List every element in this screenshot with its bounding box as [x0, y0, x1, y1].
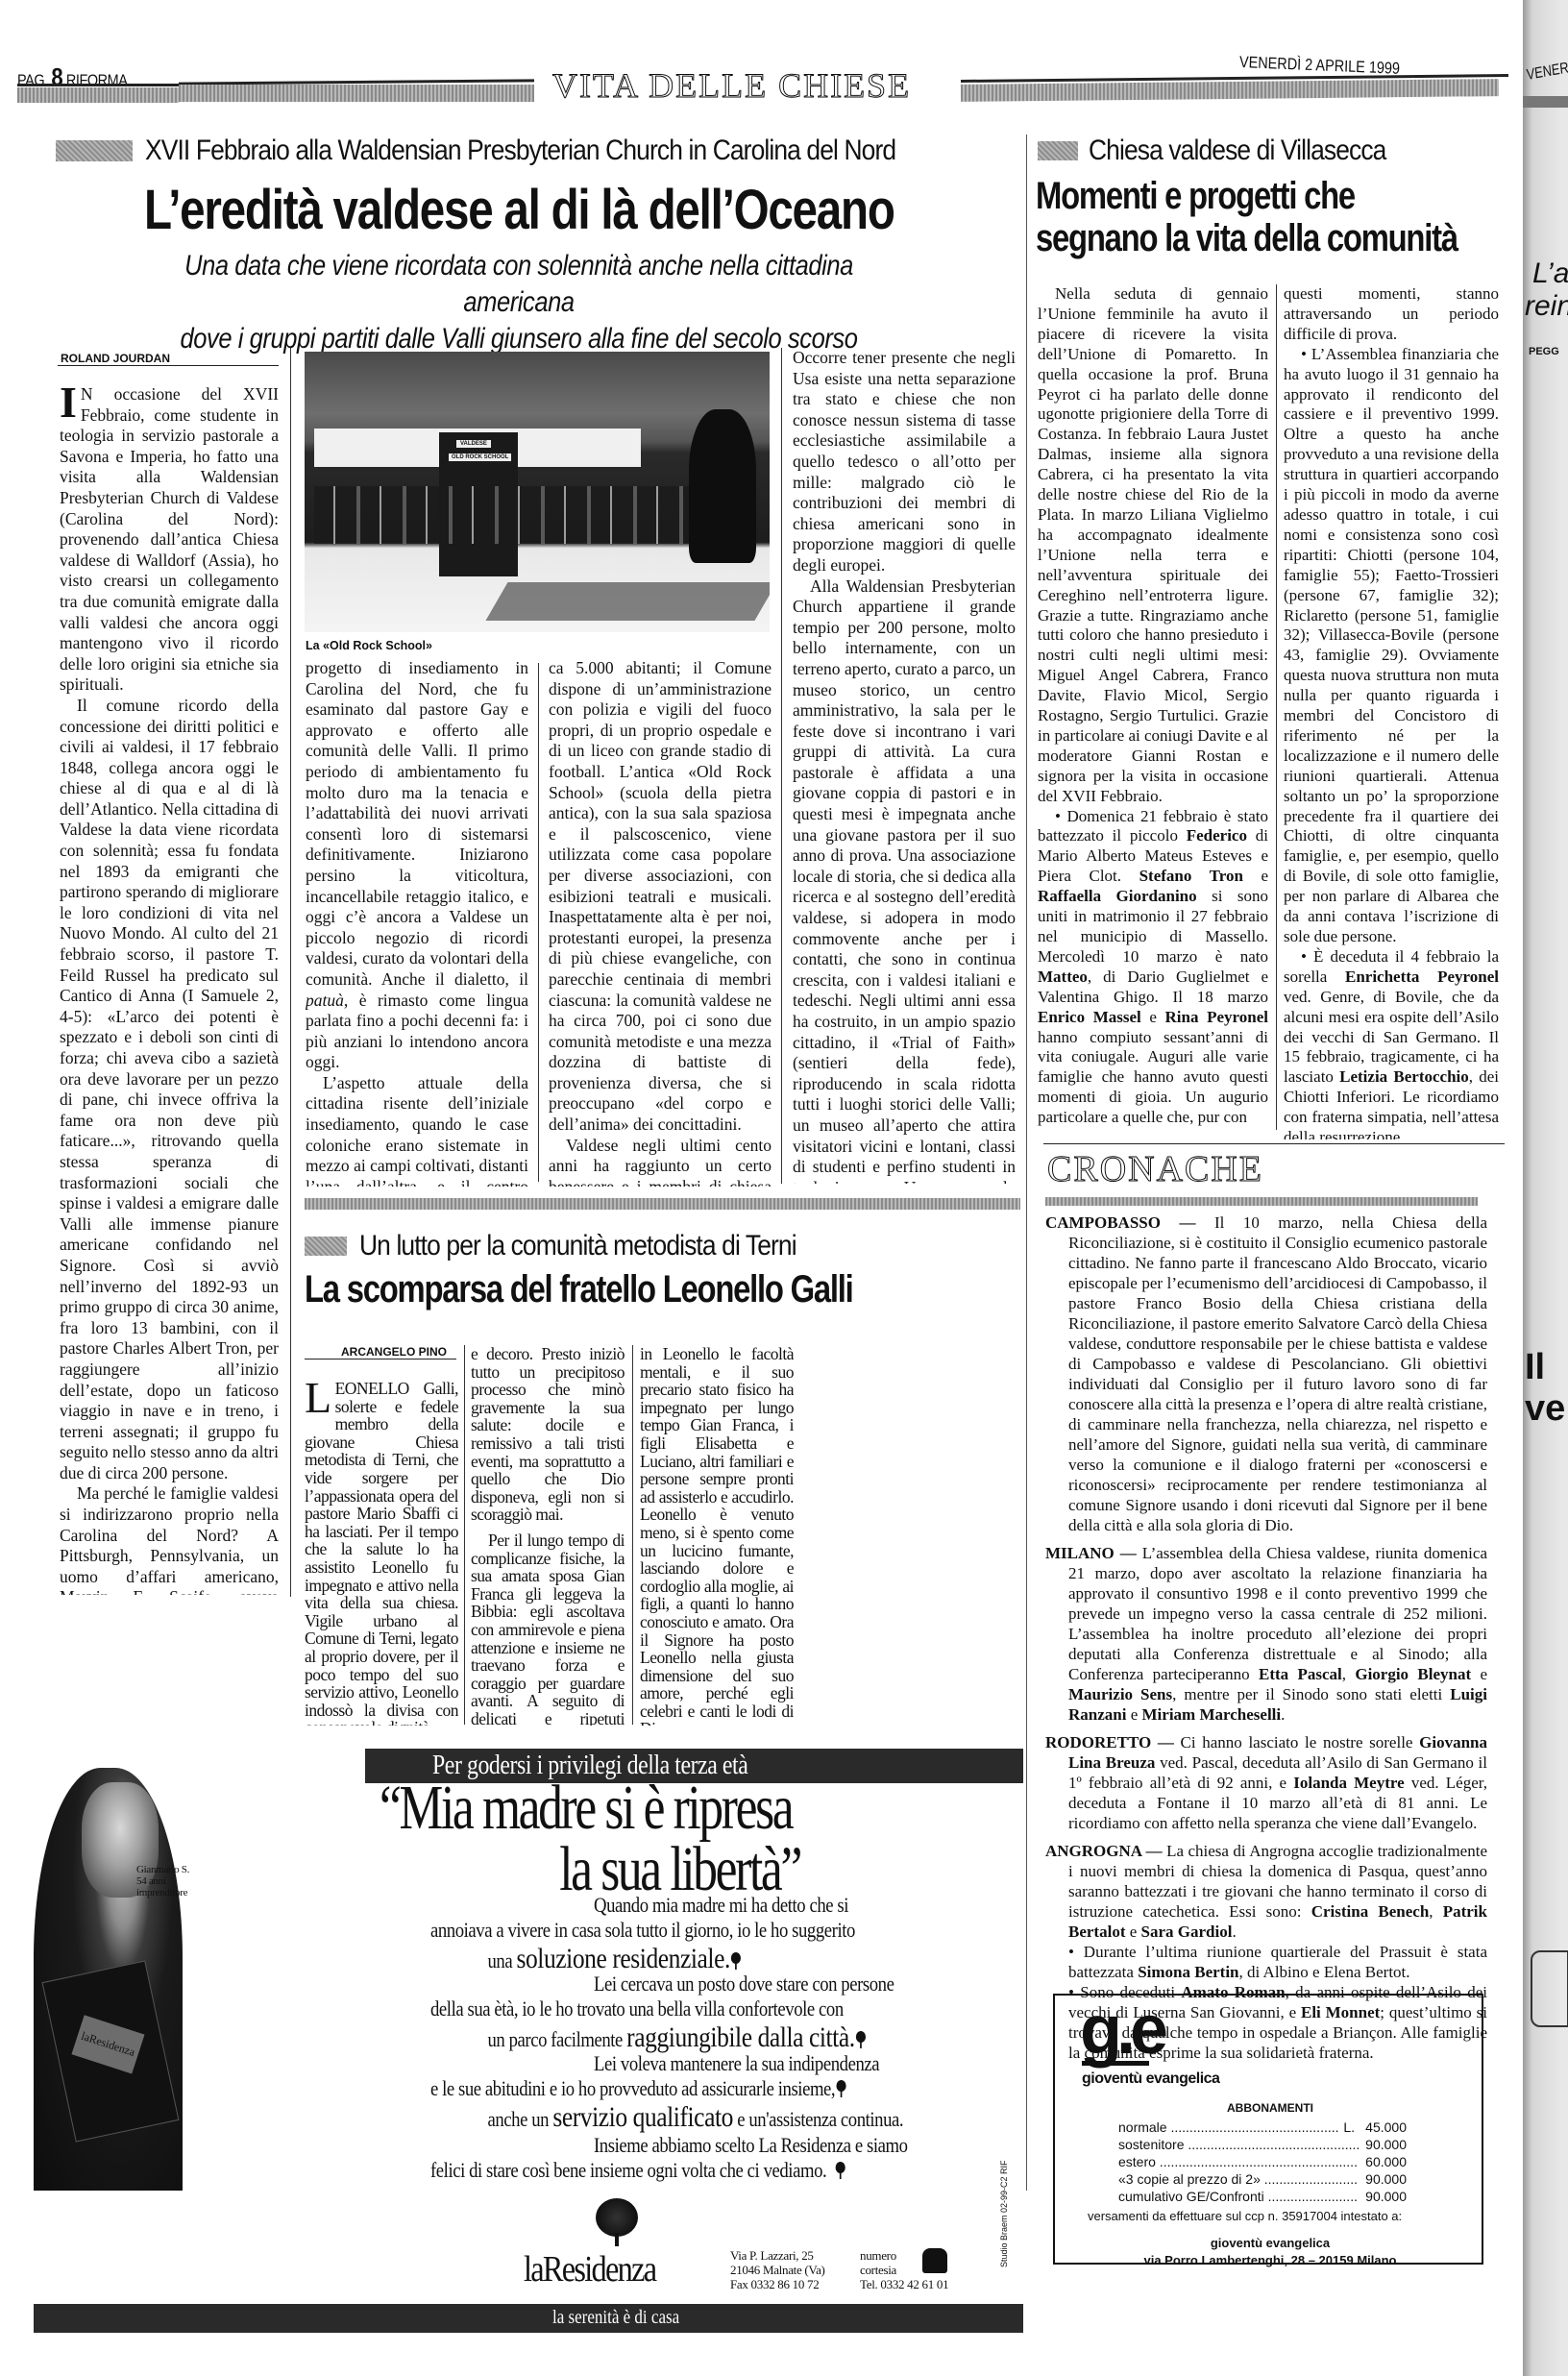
next-page-headline-fragment: Il ve — [1525, 1347, 1568, 1430]
next-page-date-fragment: VENER — [1526, 60, 1568, 84]
next-page-headline-fragment: rein — [1525, 290, 1568, 323]
ad-paragraph-3: Lei voleva mantenere la sua indipendenza… — [430, 2051, 987, 2134]
cronaca-item: RODORETTO — Ci hanno lasciato le nostre … — [1045, 1732, 1487, 1833]
ge-publisher-address: via Porro Lambertenghi, 28 – 20159 Milan… — [1055, 2253, 1485, 2267]
main-article-col-3: ca 5.000 abitanti; il Comune dispone di … — [549, 658, 772, 1187]
kicker-marker — [305, 1237, 347, 1256]
residenza-tree-logo — [596, 2198, 638, 2246]
main-article-subhead: Una data che viene ricordata con solenni… — [127, 248, 911, 357]
issue-date: VENERDÌ 2 APRILE 1999 — [1239, 53, 1401, 79]
ge-subscriptions-title: ABBONAMENTI — [1055, 2101, 1485, 2115]
main-article-col-4: Occorre tener presente che negli Usa esi… — [793, 348, 1016, 1184]
masthead-stripe-right — [961, 79, 1499, 102]
photo-windows — [314, 486, 737, 544]
folder-label: laResidenza — [71, 2015, 144, 2073]
residenza-logo: laResidenza — [524, 2248, 655, 2290]
photo-caption: La «Old Rock School» — [306, 639, 432, 652]
section-rule — [1043, 1143, 1505, 1144]
column-divider — [1276, 284, 1277, 1130]
next-page-rule — [1523, 96, 1568, 108]
ge-publisher-name: gioventù evangelica — [1055, 2236, 1485, 2250]
cronaca-place: ANGROGNA — — [1045, 1842, 1163, 1860]
ad-slogan-bar: la serenità è di casa — [34, 2304, 1023, 2333]
cronache-title: CRONACHE — [1047, 1148, 1263, 1190]
ge-ad-left-border — [1053, 1994, 1055, 2265]
main-article-headline: L’eredità valdese al di là dell’Oceano — [144, 178, 894, 242]
tree-icon — [835, 2080, 846, 2097]
price-row: «3 copie al prezzo di 2» 90.000 — [1118, 2170, 1407, 2188]
ge-logo-text: gioventù evangelica — [1082, 2070, 1219, 2088]
masthead-rule-left — [17, 84, 179, 86]
cronache-stripe — [1045, 1197, 1478, 1206]
ge-price-table: normale L. 45.000 sostenitore 90.000 est… — [1118, 2119, 1407, 2205]
next-page-byline-fragment: PEGG — [1529, 346, 1559, 357]
cronaca-item: MILANO — L’assemblea della Chiesa valdes… — [1045, 1543, 1487, 1725]
kicker-marker — [1038, 141, 1078, 160]
dropcap: L — [305, 1380, 335, 1416]
column-divider — [538, 663, 539, 1182]
main-article-kicker: XVII Febbraio alla Waldensian Presbyteri… — [145, 135, 895, 167]
villasecca-kicker: Chiesa valdese di Villasecca — [1089, 135, 1385, 167]
tree-icon — [835, 2162, 846, 2179]
cronaca-item: ANGROGNA — La chiesa di Angrogna accogli… — [1045, 1841, 1487, 1942]
column-divider — [781, 348, 782, 1184]
masthead-stripe-center — [179, 85, 534, 102]
main-article-col-2: progetto di insediamento in Carolina del… — [306, 658, 528, 1187]
ad-quote: “Mia madre si è ripresa la sua libertà” — [380, 1777, 800, 1900]
galli-headline: La scomparsa del fratello Leonello Galli — [305, 1268, 853, 1311]
villasecca-col-2: questi momenti, stanno attraversando un … — [1284, 284, 1499, 1139]
gioventu-evangelica-ad: g.e gioventù evangelica ABBONAMENTI norm… — [1053, 1994, 1483, 2200]
byline-rule — [58, 365, 279, 366]
ge-logo-underline — [1082, 2061, 1149, 2066]
dropcap: I — [60, 384, 81, 421]
cronaca-item: CAMPOBASSO — Il 10 marzo, nella Chiesa d… — [1045, 1212, 1487, 1535]
telephone-icon — [922, 2248, 947, 2273]
main-article-byline: ROLAND JOURDAN — [61, 352, 170, 365]
residenza-ad: Per godersi i privilegi della terza età … — [0, 1749, 1026, 2376]
main-article-col-1: IN occasione del XVII Febbraio, come stu… — [60, 384, 279, 1595]
price-row: cumulativo GE/Confronti 90.000 — [1118, 2188, 1407, 2205]
main-article-kicker-row: XVII Febbraio alla Waldensian Presbyteri… — [56, 135, 998, 167]
ge-ad-right-border — [1482, 1994, 1483, 2265]
price-row: normale L. 45.000 — [1118, 2119, 1407, 2136]
villasecca-col-1: Nella seduta di gennaio l’Unione femmini… — [1038, 284, 1268, 1139]
galli-kicker: Un lutto per la comunità metodista di Te… — [359, 1230, 796, 1262]
cronache-list: CAMPOBASSO — Il 10 marzo, nella Chiesa d… — [1045, 1212, 1487, 2070]
tree-icon — [730, 1952, 742, 1970]
galli-col-3: in Leonello le facoltà mentali, e il suo… — [640, 1345, 794, 1726]
masthead: PAG. 8 RIFORMA VITA DELLE CHIESE VENERDÌ… — [0, 0, 1568, 106]
photo-sign-valdese: VALDESE — [456, 440, 491, 448]
column-divider — [290, 348, 291, 1597]
cronaca-place: CAMPOBASSO — — [1045, 1213, 1195, 1232]
cronaca-subitem: • Durante l’ultima riunione quartierale … — [1045, 1942, 1487, 1982]
ad-paragraph-1: Quando mia madre mi ha detto che si anno… — [430, 1893, 930, 1975]
ad-paragraph-4: Insieme abbiamo scelto La Residenza e si… — [430, 2133, 992, 2183]
villasecca-kicker-row: Chiesa valdese di Villasecca — [1038, 135, 1427, 167]
ge-payment-note: versamenti da effettuare sul ccp n. 3591… — [1088, 2209, 1402, 2223]
ge-logo-mark: g.e — [1080, 1990, 1163, 2070]
price-row: estero 60.000 — [1118, 2153, 1407, 2170]
photo-shadow — [485, 582, 770, 621]
galli-col-1: LEONELLO Galli, solerte e fedele membro … — [305, 1380, 458, 1726]
villasecca-headline: Momenti e progetti che segnano la vita d… — [1036, 175, 1458, 259]
masthead-stripe-left — [17, 87, 179, 103]
kicker-marker — [56, 140, 133, 161]
price-row: sostenitore 90.000 — [1118, 2136, 1407, 2153]
residenza-address: Via P. Lazzari, 25 21046 Malnate (Va) Fa… — [730, 2248, 825, 2291]
section-divider — [1026, 135, 1027, 2191]
galli-col-2: e decoro. Presto iniziò tutto un precipi… — [471, 1345, 625, 1726]
section-title: VITA DELLE CHIESE — [552, 65, 911, 106]
testimonial-caption: Gianmario S. 54 anni imprenditore — [136, 1864, 189, 1898]
photo-tree — [689, 409, 756, 563]
tree-icon — [855, 2031, 867, 2048]
next-page-edge: VENER L’a rein PEGG Il ve — [1523, 0, 1568, 2376]
photo-sign-school: OLD ROCK SCHOOL — [449, 453, 511, 461]
agency-code: Studio Braem 02-99-C2 RIF — [999, 2160, 1009, 2267]
old-rock-school-photo: VALDESE OLD ROCK SCHOOL — [305, 352, 770, 632]
galli-kicker-row: Un lutto per la comunità metodista di Te… — [305, 1230, 856, 1262]
byline-rule — [305, 1359, 456, 1359]
next-page-illustration — [1531, 1950, 1568, 2027]
ad-paragraph-2: Lei cercava un posto dove stare con pers… — [430, 1972, 976, 2054]
galli-top-stripe — [305, 1198, 1020, 1210]
next-page-headline-fragment: L’a — [1532, 257, 1568, 290]
ad-slogan: la serenità è di casa — [552, 2307, 679, 2329]
cronaca-place: RODORETTO — — [1045, 1733, 1174, 1751]
column-divider — [464, 1345, 465, 1725]
ge-ad-bottom-border — [1053, 2263, 1483, 2265]
galli-byline: ARCANGELO PINO — [341, 1345, 447, 1359]
cronaca-place: MILANO — — [1045, 1544, 1137, 1562]
column-divider — [632, 1345, 633, 1725]
